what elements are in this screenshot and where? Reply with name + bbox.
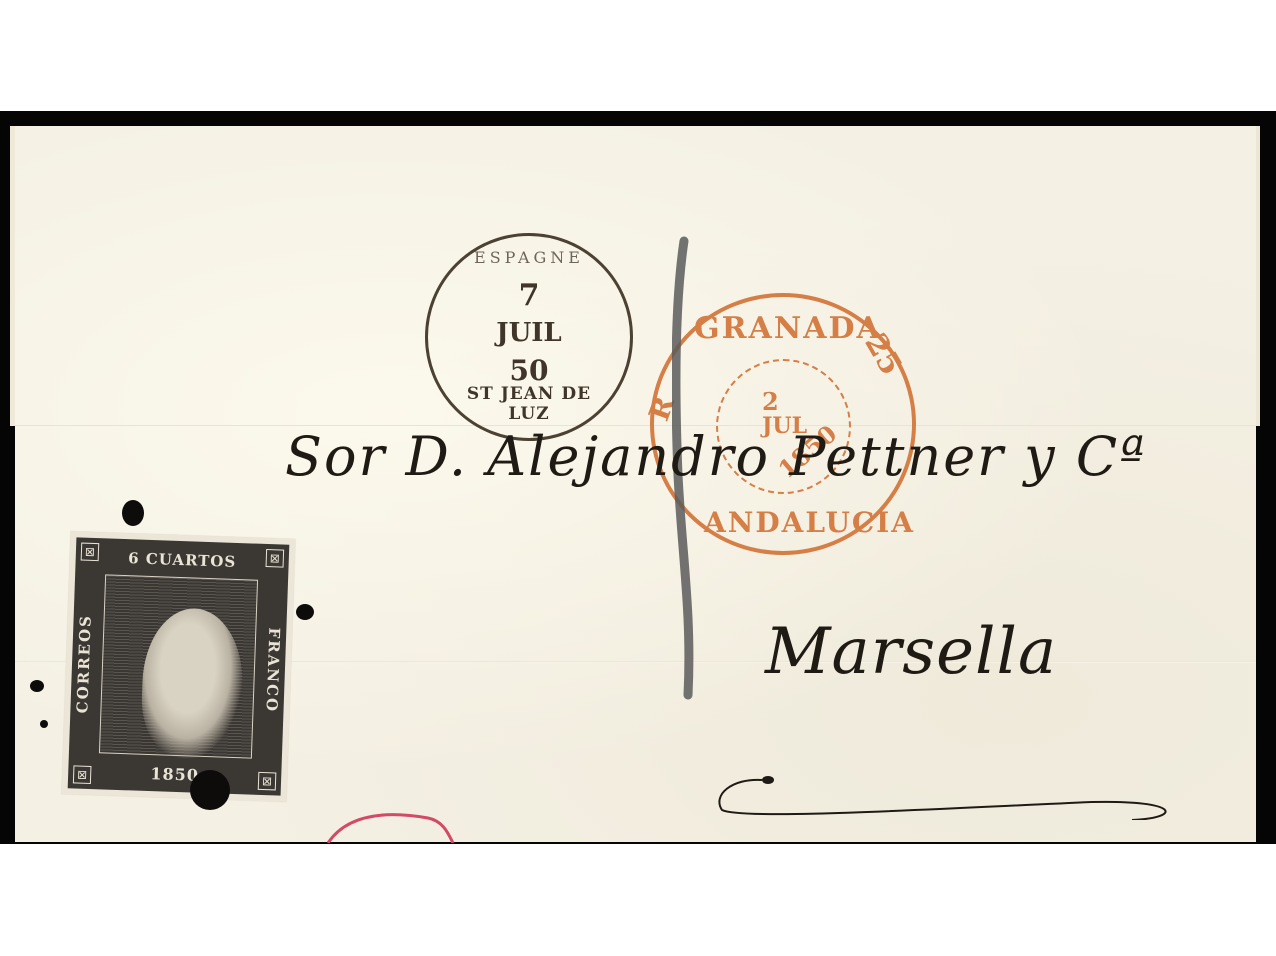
postmark-top-arc: ESPAGNE [468,248,590,267]
cancel-blot [122,500,144,526]
cancel-blot [40,720,48,728]
postmark-bottom-arc: ANDALUCIA [704,506,872,539]
corner-ornament-icon: ⊠ [266,549,285,568]
stamp-left-text: CORREOS [73,603,95,724]
letter-flap-edge-right [1256,126,1260,426]
postmark-st-jean-de-luz: ESPAGNE 7 JUIL 50 ST JEAN DE LUZ [425,233,633,441]
queen-portrait [140,607,245,760]
postmark-day: 7 [428,278,630,313]
corner-ornament-icon: ⊠ [81,543,100,562]
postmark-bottom-arc: ST JEAN DE LUZ [448,384,610,424]
stamp-year-text: 1850 [68,761,282,787]
corner-ornament-icon: ⊠ [258,772,277,791]
stamp-value-text: 6 CUARTOS [75,547,288,572]
handwriting-flourish [712,740,1187,820]
address-city: Marsella [765,615,1057,689]
stamp-frame: 6 CUARTOS CORREOS FRANCO 1850 ⊠ ⊠ ⊠ ⊠ [68,537,290,795]
postmark-top-arc: GRANADA [694,311,872,346]
postage-stamp: 6 CUARTOS CORREOS FRANCO 1850 ⊠ ⊠ ⊠ ⊠ [61,531,295,802]
address-recipient: Sor D. Alejandro Pettner y Cª [285,425,1147,488]
stamp-portrait-area [99,574,258,758]
corner-ornament-icon: ⊠ [73,765,92,784]
red-crayon-mark [318,803,468,843]
stamp-right-text: FRANCO [262,610,284,731]
cancel-blot [190,770,230,810]
postmark-day: 2 [762,387,779,416]
cancel-blot [296,604,314,620]
postmark-year: 50 [428,354,630,387]
letter-flap-edge-left [10,126,15,426]
cancel-blot [30,680,44,692]
postmark-month: JUIL [428,318,630,348]
